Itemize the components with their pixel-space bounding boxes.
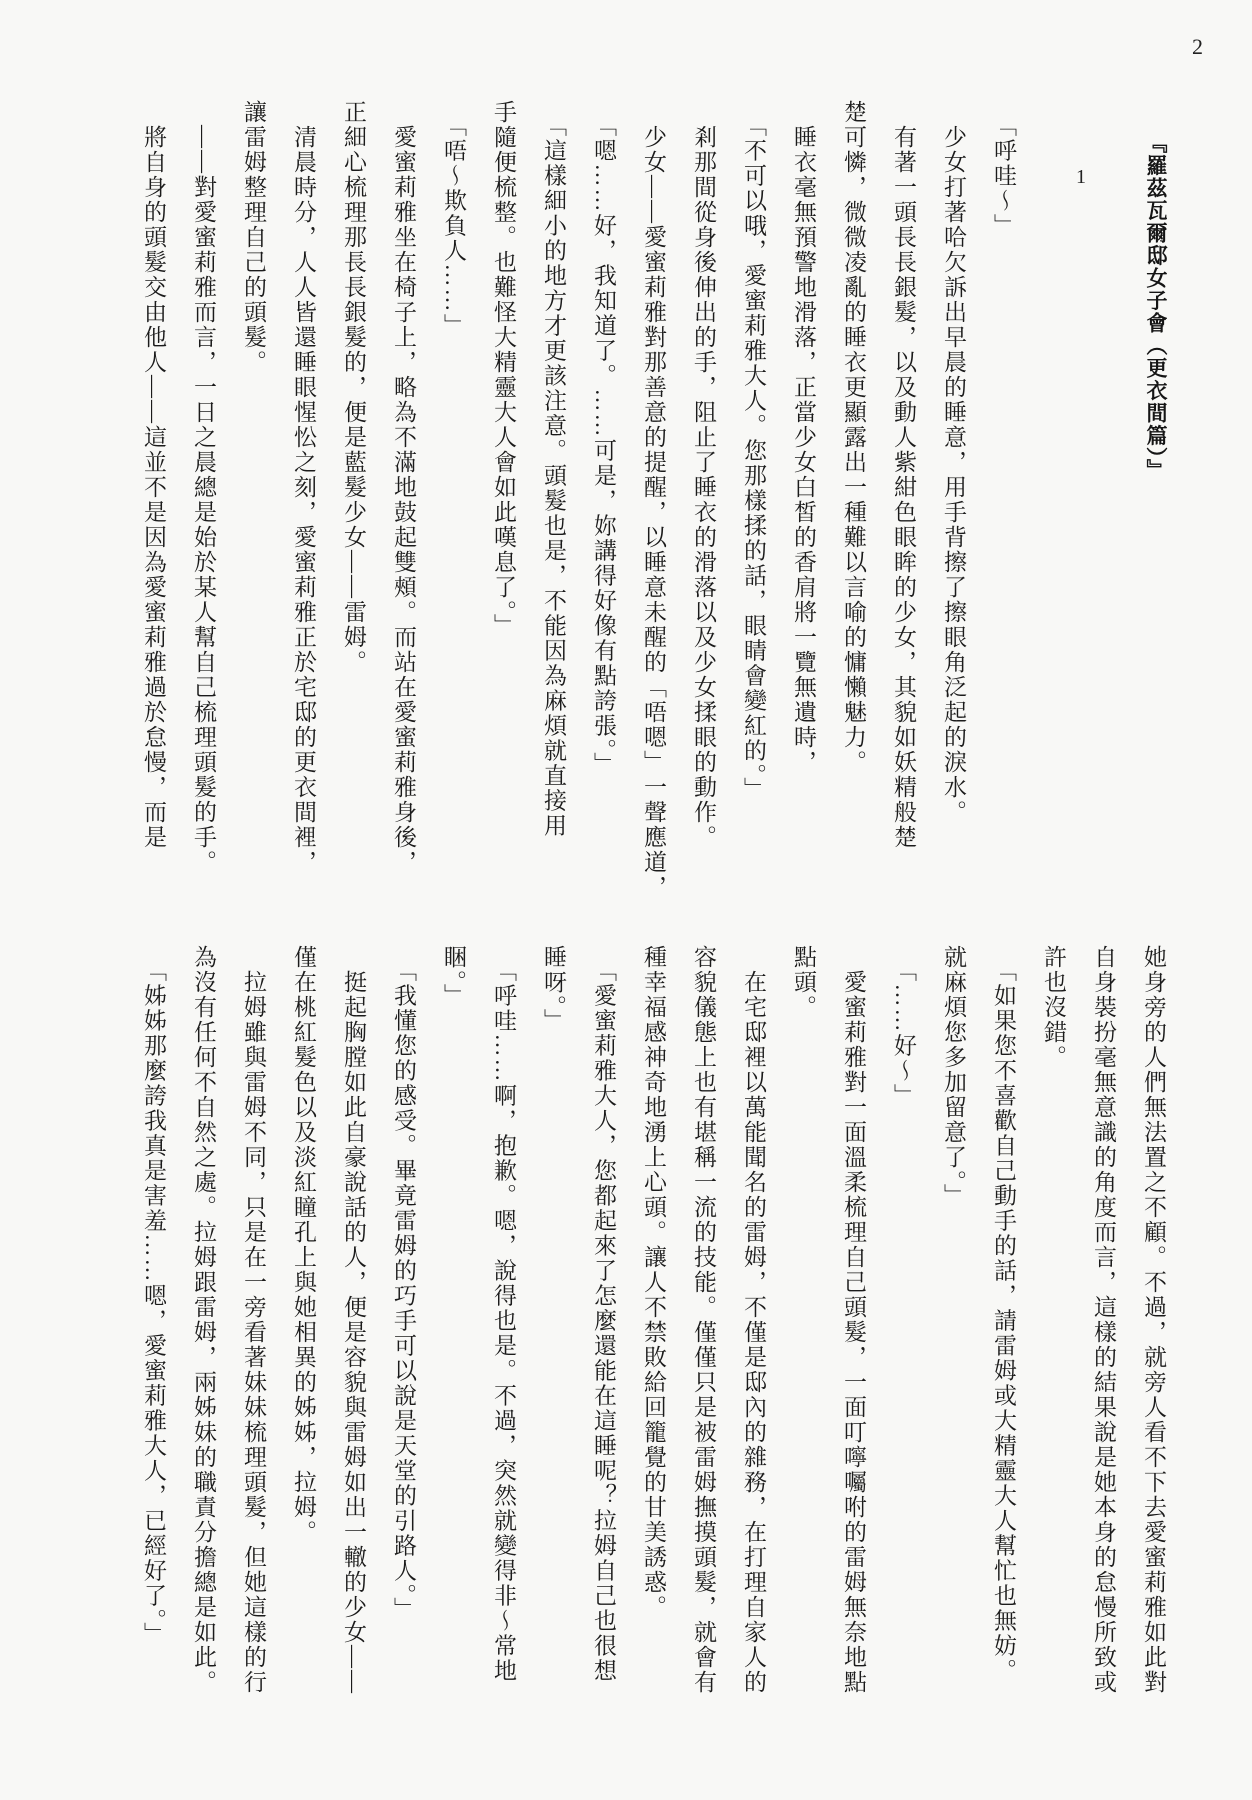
text-column: 睡衣毫無預警地滑落，正當少女白皙的香肩將一覽無遺時， bbox=[778, 100, 828, 906]
text-column: 睡呀。」 bbox=[528, 945, 578, 1727]
text-column: 她身旁的人們無法置之不顧。不過，就旁人看不下去愛蜜莉雅如此對 bbox=[1128, 945, 1178, 1727]
text-column: 剎那間從身後伸出的手，阻止了睡衣的滑落以及少女揉眼的動作。 bbox=[678, 100, 728, 906]
text-column: 在宅邸裡以萬能聞名的雷姆，不僅是邸內的雜務，在打理自家人的 bbox=[728, 945, 778, 1727]
text-column: 將自身的頭髮交由他人——這並不是因為愛蜜莉雅過於怠慢，而是 bbox=[128, 100, 178, 906]
book-page: 2 『羅茲瓦爾邸女子會（更衣間篇）』 1 「呼哇～」 少女打著哈欠訴出早晨的睡意… bbox=[0, 0, 1252, 1800]
text-column: 僅在桃紅髮色以及淡紅瞳孔上與她相異的姊姊，拉姆。 bbox=[278, 945, 328, 1727]
text-column: 「如果您不喜歡自己動手的話，請雷姆或大精靈大人幫忙也無妨。 bbox=[978, 945, 1028, 1727]
text-column: 有著一頭長長銀髮，以及動人紫紺色眼眸的少女，其貌如妖精般楚 bbox=[878, 100, 928, 906]
page-number: 2 bbox=[1192, 34, 1232, 60]
text-column: 為沒有任何不自然之處。拉姆跟雷姆，兩姊妹的職責分擔總是如此。 bbox=[178, 945, 228, 1727]
text-column: 種幸福感神奇地湧上心頭。讓人不禁敗給回籠覺的甘美誘惑。 bbox=[628, 945, 678, 1727]
text-column: 睏。」 bbox=[428, 945, 478, 1727]
text-column: 「……好～」 bbox=[878, 945, 928, 1727]
text-column: 拉姆雖與雷姆不同，只是在一旁看著妹妹梳理頭髮，但她這樣的行 bbox=[228, 945, 278, 1727]
story-title: 『羅茲瓦爾邸女子會（更衣間篇）』 bbox=[1130, 132, 1182, 652]
text-column: 正細心梳理那長長銀髮的，便是藍髮少女——雷姆。 bbox=[328, 100, 378, 906]
text-column: 就麻煩您多加留意了。」 bbox=[928, 945, 978, 1727]
text-column: 「愛蜜莉雅大人，您都起來了怎麼還能在這睡呢？拉姆自己也很想 bbox=[578, 945, 628, 1727]
text-column: 楚可憐，微微凌亂的睡衣更顯露出一種難以言喻的慵懶魅力。 bbox=[828, 100, 878, 906]
text-column: 愛蜜莉雅坐在椅子上，略為不滿地鼓起雙頰。而站在愛蜜莉雅身後， bbox=[378, 100, 428, 906]
text-column: 「呼哇～」 bbox=[978, 100, 1028, 906]
text-column: 「不可以哦，愛蜜莉雅大人。您那樣揉的話，眼睛會變紅的。」 bbox=[728, 100, 778, 906]
text-column: ——對愛蜜莉雅而言，一日之晨總是始於某人幫自己梳理頭髮的手。 bbox=[178, 100, 228, 906]
text-column: 挺起胸膛如此自豪說話的人，便是容貌與雷姆如出一轍的少女—— bbox=[328, 945, 378, 1727]
text-column: 少女打著哈欠訴出早晨的睡意，用手背擦了擦眼角泛起的淚水。 bbox=[928, 100, 978, 906]
text-column: 讓雷姆整理自己的頭髮。 bbox=[228, 100, 278, 906]
text-column: 手隨便梳整。也難怪大精靈大人會如此嘆息了。」 bbox=[478, 100, 528, 906]
text-block-top: 「呼哇～」 少女打著哈欠訴出早晨的睡意，用手背擦了擦眼角泛起的淚水。 有著一頭長… bbox=[128, 100, 1028, 906]
text-column: 容貌儀態上也有堪稱一流的技能。僅僅只是被雷姆撫摸頭髮，就會有 bbox=[678, 945, 728, 1727]
text-column: 自身裝扮毫無意識的角度而言，這樣的結果說是她本身的怠慢所致或 bbox=[1078, 945, 1128, 1727]
text-column: 少女——愛蜜莉雅對那善意的提醒，以睡意未醒的「唔嗯」一聲應道， bbox=[628, 100, 678, 906]
text-column: 「唔～欺負人……」 bbox=[428, 100, 478, 906]
text-column: 點頭。 bbox=[778, 945, 828, 1727]
text-column: 「姊姊那麼誇我真是害羞……嗯，愛蜜莉雅大人，已經好了。」 bbox=[128, 945, 178, 1727]
text-block-bottom: 她身旁的人們無法置之不顧。不過，就旁人看不下去愛蜜莉雅如此對自身裝扮毫無意識的角… bbox=[128, 945, 1178, 1727]
text-column: 愛蜜莉雅對一面溫柔梳理自己頭髮，一面叮嚀囑咐的雷姆無奈地點 bbox=[828, 945, 878, 1727]
text-column: 「呼哇……啊，抱歉。嗯，說得也是。不過，突然就變得非～常地 bbox=[478, 945, 528, 1727]
text-column: 「嗯……好，我知道了。……可是，妳講得好像有點誇張。」 bbox=[578, 100, 628, 906]
section-number: 1 bbox=[1066, 166, 1096, 189]
text-column: 清晨時分，人人皆還睡眼惺忪之刻，愛蜜莉雅正於宅邸的更衣間裡， bbox=[278, 100, 328, 906]
text-column: 許也沒錯。 bbox=[1028, 945, 1078, 1727]
text-column: 「這樣細小的地方才更該注意。頭髮也是，不能因為麻煩就直接用 bbox=[528, 100, 578, 906]
text-column: 「我懂您的感受。畢竟雷姆的巧手可以說是天堂的引路人。」 bbox=[378, 945, 428, 1727]
